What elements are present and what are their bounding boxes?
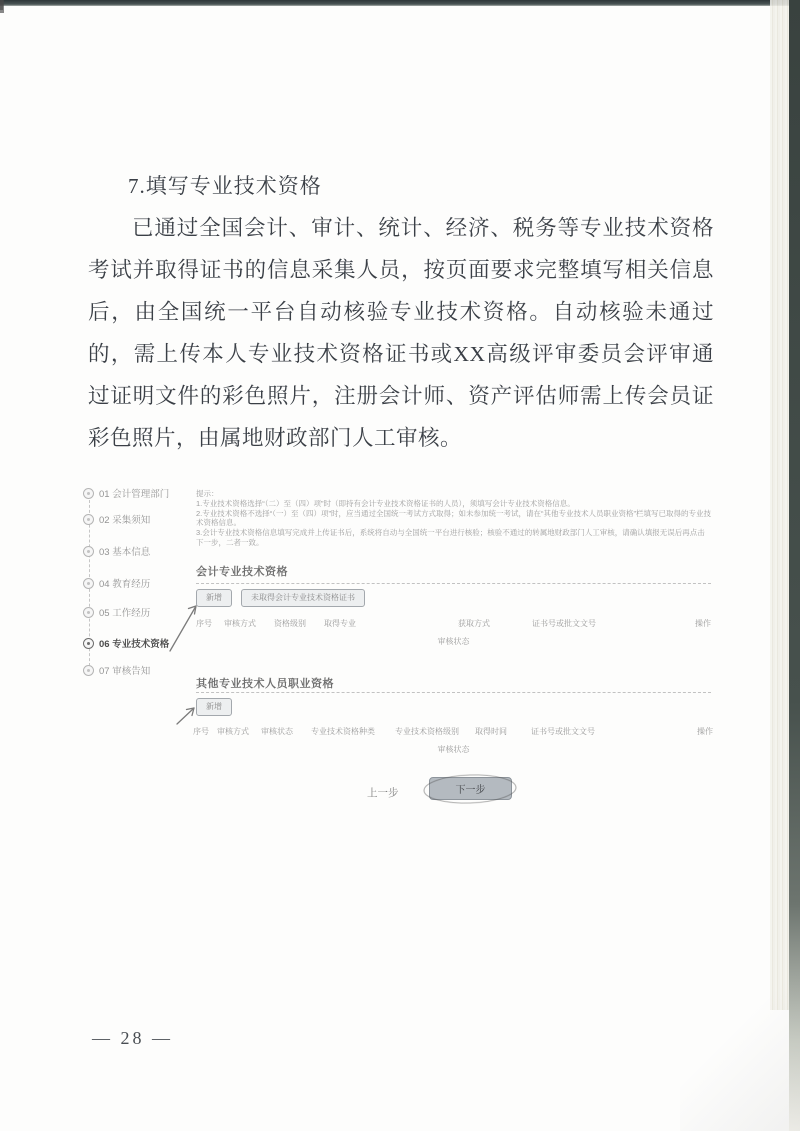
step-label: 07 审核告知 [99, 663, 150, 677]
section-divider [196, 692, 711, 693]
col-header: 操作 [647, 726, 713, 737]
col-header: 证书号或批文文号 [531, 726, 647, 737]
scan-top-edge [0, 0, 800, 6]
tips-line-3: 3.会计专业技术资格信息填写完成并上传证书后，系统将自动与全国统一平台进行核验；… [196, 528, 712, 548]
scan-page-edge-strip [770, 0, 789, 1010]
add-accounting-qualification-button[interactable]: 新增 [196, 589, 232, 607]
step-circle-icon [83, 514, 94, 525]
arrow-to-other-add-button [177, 708, 194, 724]
sidebar-step-06-active[interactable]: 06 专业技术资格 [83, 636, 169, 650]
col-header: 证书号或批文文号 [532, 618, 678, 629]
col-header: 取得专业 [324, 618, 416, 629]
col-header: 资格级别 [274, 618, 324, 629]
scanned-document-page: 7.填写专业技术资格 已通过全国会计、审计、统计、经济、税务等专业技术资格考试并… [0, 0, 800, 1131]
arrow-to-accounting-add-button [170, 606, 196, 651]
tips-title: 提示： [196, 489, 712, 499]
col-header: 序号 [196, 618, 224, 629]
tips-line-2: 2.专业技术资格不选择“（一）至（四）项”时，应当通过全国统一考试方式取得；如未… [196, 509, 712, 529]
step-label: 02 采集须知 [99, 512, 150, 526]
other-button-row: 新增 [196, 698, 232, 716]
col-header: 专业技术资格级别 [395, 726, 475, 737]
next-step-button[interactable]: 下一步 [429, 777, 512, 800]
step-label: 05 工作经历 [99, 605, 150, 619]
sidebar-step-07[interactable]: 07 审核告知 [83, 663, 150, 677]
scan-mark [0, 0, 3, 10]
no-accounting-qualification-button[interactable]: 未取得会计专业技术资格证书 [241, 589, 365, 607]
step-label: 04 教育经历 [99, 576, 150, 590]
col-header: 审核状态 [261, 726, 311, 737]
accounting-table-header: 序号 审核方式 资格级别 取得专业 获取方式 证书号或批文文号 操作 [196, 618, 711, 629]
step-label: 01 会计管理部门 [99, 486, 169, 500]
step-circle-icon [83, 578, 94, 589]
section-divider [196, 583, 711, 584]
col-header: 操作 [678, 618, 711, 629]
tips-block: 提示： 1.专业技术资格选择“（二）至（四）项”时（即持有会计专业技术资格证书的… [196, 489, 712, 548]
section-heading: 7.填写专业技术资格 [128, 170, 322, 200]
step-circle-icon [83, 546, 94, 557]
col-header: 序号 [193, 726, 217, 737]
tips-line-1: 1.专业技术资格选择“（二）至（四）项”时（即持有会计专业技术资格证书的人员），… [196, 499, 712, 509]
step-circle-icon [83, 607, 94, 618]
sidebar-step-02[interactable]: 02 采集须知 [83, 512, 150, 526]
other-table-subheader: 审核状态 [196, 744, 711, 755]
previous-step-button[interactable]: 上一步 [361, 784, 405, 801]
step-circle-icon [83, 488, 94, 499]
scan-corner-shadow [680, 971, 800, 1131]
accounting-table-subheader: 审核状态 [196, 636, 711, 647]
other-table-header: 序号 审核方式 审核状态 专业技术资格种类 专业技术资格级别 取得时间 证书号或… [193, 726, 713, 737]
step-circle-icon [83, 665, 94, 676]
page-number: — 28 — [92, 1028, 173, 1049]
accounting-section-title: 会计专业技术资格 [196, 563, 288, 579]
other-section-title: 其他专业技术人员职业资格 [196, 675, 334, 691]
add-other-qualification-button[interactable]: 新增 [196, 698, 232, 716]
sidebar-step-05[interactable]: 05 工作经历 [83, 605, 150, 619]
step-label: 03 基本信息 [99, 544, 150, 558]
scan-right-dark-band [789, 0, 800, 1131]
sidebar-step-01[interactable]: 01 会计管理部门 [83, 486, 169, 500]
step-label: 06 专业技术资格 [99, 636, 169, 650]
col-header: 专业技术资格种类 [311, 726, 395, 737]
col-header: 获取方式 [416, 618, 532, 629]
sidebar-step-03[interactable]: 03 基本信息 [83, 544, 150, 558]
col-header: 取得时间 [475, 726, 531, 737]
step-circle-icon [83, 638, 94, 649]
pen-annotations [0, 0, 800, 1131]
accounting-button-row: 新增 未取得会计专业技术资格证书 [196, 589, 365, 607]
sidebar-step-04[interactable]: 04 教育经历 [83, 576, 150, 590]
body-paragraph: 已通过全国会计、审计、统计、经济、税务等专业技术资格考试并取得证书的信息采集人员… [88, 207, 714, 459]
col-header: 审核方式 [224, 618, 274, 629]
col-header: 审核方式 [217, 726, 261, 737]
